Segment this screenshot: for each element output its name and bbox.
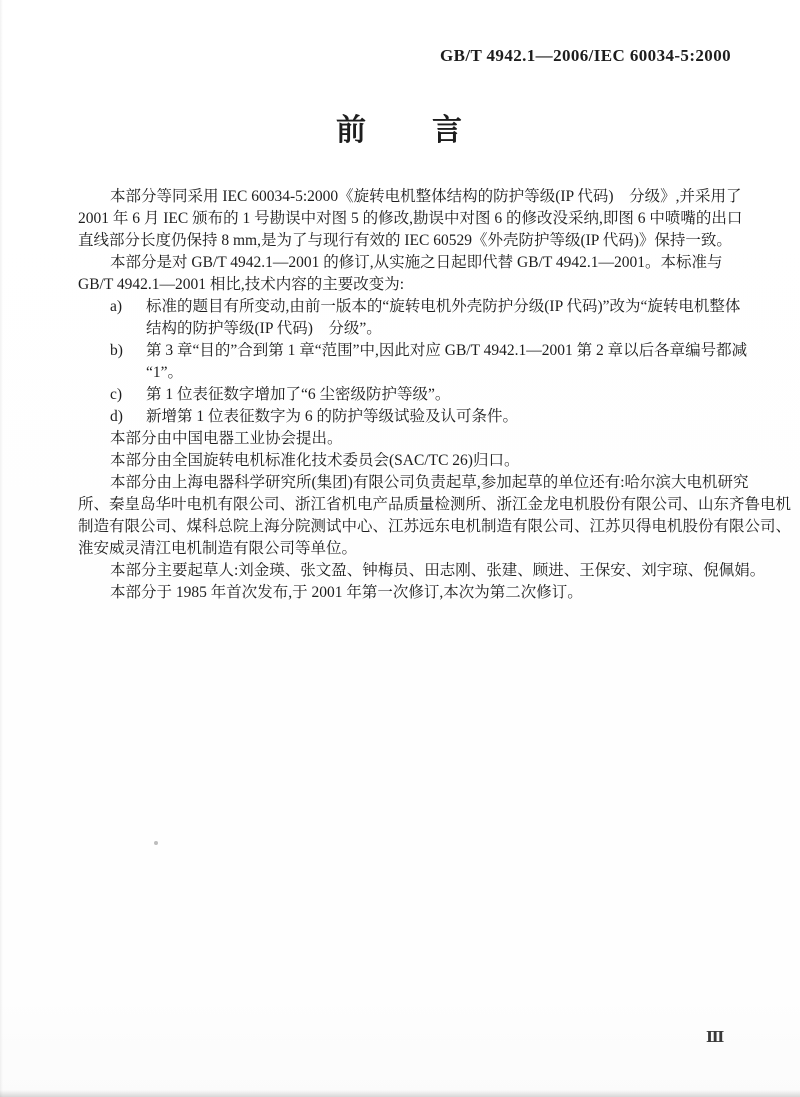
- scan-edge-shadow-bottom: [0, 1090, 800, 1097]
- foreword-line: 淮安威灵清江电机制造有限公司等单位。: [78, 538, 734, 560]
- page-number: Ⅲ: [706, 1028, 724, 1047]
- scanned-standard-page: GB/T 4942.1—2006/IEC 60034-5:2000 前 言 本部…: [0, 0, 800, 1097]
- scan-edge-shadow-left: [0, 0, 3, 1097]
- foreword-line: “1”。: [78, 362, 734, 384]
- foreword-line: GB/T 4942.1—2001 相比,技术内容的主要改变为:: [78, 274, 734, 296]
- foreword-line: 本部分等同采用 IEC 60034-5:2000《旋转电机整体结构的防护等级(I…: [78, 186, 734, 208]
- list-item-label: a): [110, 296, 146, 318]
- foreword-line: 本部分由全国旋转电机标准化技术委员会(SAC/TC 26)归口。: [78, 450, 734, 472]
- foreword-line: 本部分主要起草人:刘金瑛、张文盈、钟梅员、田志刚、张建、顾进、王保安、刘宇琼、倪…: [78, 560, 734, 582]
- list-item-label: c): [110, 384, 146, 406]
- list-item-text: 第 1 位表征数字增加了“6 尘密级防护等级”。: [146, 384, 450, 406]
- foreword-line: 所、秦皇岛华叶电机有限公司、浙江省机电产品质量检测所、浙江金龙电机股份有限公司、…: [78, 494, 734, 516]
- list-item-text: 标准的题目有所变动,由前一版本的“旋转电机外壳防护分级(IP 代码)”改为“旋转…: [146, 296, 740, 318]
- foreword-list-item-a: a) 标准的题目有所变动,由前一版本的“旋转电机外壳防护分级(IP 代码)”改为…: [78, 296, 734, 318]
- list-item-label: d): [110, 406, 146, 428]
- foreword-line: 本部分由中国电器工业协会提出。: [78, 428, 734, 450]
- foreword-list-item-c: c) 第 1 位表征数字增加了“6 尘密级防护等级”。: [78, 384, 734, 406]
- list-item-text: 新增第 1 位表征数字为 6 的防护等级试验及认可条件。: [146, 406, 518, 428]
- foreword-body: 本部分等同采用 IEC 60034-5:2000《旋转电机整体结构的防护等级(I…: [78, 186, 734, 604]
- foreword-line: 本部分于 1985 年首次发布,于 2001 年第一次修订,本次为第二次修订。: [78, 582, 734, 604]
- foreword-list-item-b: b) 第 3 章“目的”合到第 1 章“范围”中,因此对应 GB/T 4942.…: [78, 340, 734, 362]
- foreword-line: 2001 年 6 月 IEC 颁布的 1 号勘误中对图 5 的修改,勘误中对图 …: [78, 208, 734, 230]
- list-item-text: 第 3 章“目的”合到第 1 章“范围”中,因此对应 GB/T 4942.1—2…: [146, 340, 747, 362]
- standard-number-header: GB/T 4942.1—2006/IEC 60034-5:2000: [440, 46, 731, 66]
- page-title: 前 言: [0, 105, 800, 149]
- foreword-line: 直线部分长度仍保持 8 mm,是为了与现行有效的 IEC 60529《外壳防护等…: [78, 230, 734, 252]
- foreword-line: 本部分是对 GB/T 4942.1—2001 的修订,从实施之日起即代替 GB/…: [78, 252, 734, 274]
- list-item-label: b): [110, 340, 146, 362]
- foreword-line: 结构的防护等级(IP 代码) 分级”。: [78, 318, 734, 340]
- scan-artifact-speck: [154, 841, 158, 845]
- foreword-list-item-d: d) 新增第 1 位表征数字为 6 的防护等级试验及认可条件。: [78, 406, 734, 428]
- foreword-line: 本部分由上海电器科学研究所(集团)有限公司负责起草,参加起草的单位还有:哈尔滨大…: [78, 472, 734, 494]
- foreword-line: 制造有限公司、煤科总院上海分院测试中心、江苏远东电机制造有限公司、江苏贝得电机股…: [78, 516, 734, 538]
